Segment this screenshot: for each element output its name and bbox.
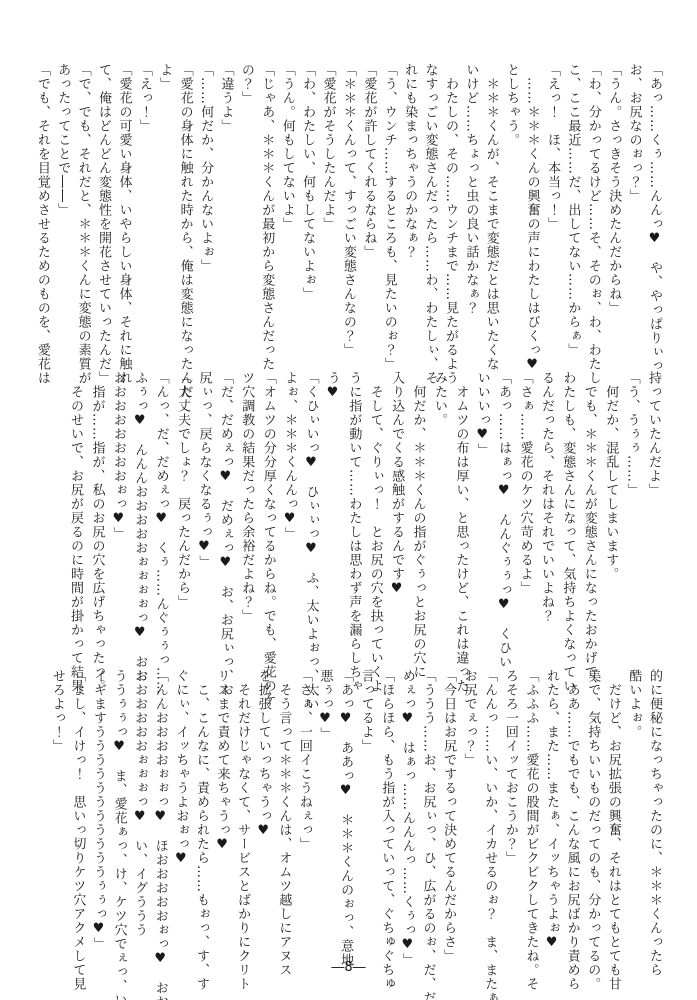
- text-column: いいいっ♥」: [471, 371, 492, 671]
- text-column: わたしも、変態さんになって、気持ちよくなってい: [557, 371, 578, 671]
- text-band-top: 「あっ……くぅ……んんっ♥ や、やっぱりぃっお、お尻なのぉっ？」「うん。さっきそ…: [31, 63, 664, 363]
- text-column: めぇっ♥ はぁっ……んんんっ……くぅっ♥」: [396, 669, 417, 969]
- text-column: ふぅっ♥ んんんおおおおおぉぉぉぉっ♥ おお: [129, 371, 150, 671]
- text-column: 「ううう……お、お尻ぃっ、ひ、広がるのぉ、だ、だ: [417, 669, 438, 969]
- text-column: 悪ぅっ♥」: [314, 669, 335, 969]
- text-column: 「えっ！」: [133, 63, 153, 363]
- text-column: おおおおおおぉぉぉっ♥ い、イグううう: [129, 669, 150, 969]
- text-column: 「う、うぅぅ……」: [621, 371, 642, 671]
- text-column: 酷いよぉ。: [623, 669, 644, 969]
- text-column: そのせいで、お尻が戻るのに時間が掛かって結果: [65, 371, 86, 671]
- text-column: 持っていたんだよ」: [643, 371, 664, 671]
- text-column: わたしの、その……ウンチまで……見たがるよう: [440, 63, 460, 363]
- text-column: 「愛花が許してくれるならね」: [358, 63, 378, 363]
- text-column: いけど……ちょっと虫の良い話かなぁ？: [460, 63, 480, 363]
- text-column: でも、＊＊＊くんが変態さんになったおかげで、: [578, 371, 599, 671]
- text-column: そして、ぐりぃっ！ とお尻の穴を抉っていくよ: [364, 371, 385, 671]
- text-column: 何だか、＊＊＊くんの指がぐぅっとお尻の穴に: [407, 371, 428, 671]
- text-column: 「大丈夫でしょ？ 戻ったんだから」: [172, 371, 193, 671]
- text-column: 「よし、イけっ！ 思いっ切りケツ穴アクメして見: [67, 669, 88, 969]
- text-band-bottom: 的に便秘になっちゃったのに、＊＊＊くんったら酷いよぉ。 だけど、お尻拡張の興奮、…: [46, 669, 664, 969]
- text-column: ああ……でもでも、こんな風にお尻ばかり責めら: [561, 669, 582, 969]
- text-column: オムツの布は厚い、と思ったけど、これは違った: [450, 371, 471, 671]
- text-column: 何だか、混乱してしまいます。: [600, 371, 621, 671]
- text-column: よぉ、＊＊＊くんんっ♥」: [279, 371, 300, 671]
- text-column: ろそろ一回イッておこうか？」: [499, 669, 520, 969]
- text-column: こ、ここ最近……だ、出してない……からぁ」: [562, 63, 582, 363]
- text-column: の？」: [235, 63, 255, 363]
- text-column: おおおおおおおおぉっ♥」: [107, 371, 128, 671]
- text-column: 「じゃあ、＊＊＊くんが最初から変態さんだった: [256, 63, 276, 363]
- text-column: 「さぁ……愛花のケツ穴苛めるよ」: [514, 371, 535, 671]
- text-column: う♥: [322, 371, 343, 671]
- text-column: 「あっ……くぅ……んんっ♥ や、やっぱりぃっ: [644, 63, 664, 363]
- text-column: 「んんおおおおぉぉっ♥ ほおおおおおぉっ♥ おおお: [149, 669, 170, 969]
- text-column: だけど、お尻拡張の興奮、それはとてもとても甘: [602, 669, 623, 969]
- text-column: 「あっ♥ ああっ♥ ＊＊＊くんのぉっ、意地: [335, 669, 356, 969]
- text-column: ……＊＊＊くんの興奮の声にわたしはびくっ♥: [521, 63, 541, 363]
- text-column: 「くひぃいっ♥ ひぃぃっ♥ ふ、太いよぉっ、太い: [300, 371, 321, 671]
- text-column: せろよっ！」: [46, 669, 67, 969]
- text-column: 「今日はお尻でするって決めてるんだからさ」: [437, 669, 458, 969]
- text-column: 「う、ウンチ……するところも、見たいのぉ？」: [378, 63, 398, 363]
- text-column: れたら、また……またぁ、イッちゃうよぉ♥: [540, 669, 561, 969]
- text-column: 指が……指が、私のお尻の穴を広げちゃったっ。: [86, 371, 107, 671]
- text-column: 「うん。さっきそう決めたんだからね」: [603, 63, 623, 363]
- text-column: イギますうううううううううううぅぅっ♥」: [87, 669, 108, 969]
- text-column: 「＊＊＊くんって、すっごい変態さんなの？」: [338, 63, 358, 363]
- text-column: 「……何だか、分かんないよぉ」: [195, 63, 215, 363]
- text-column: それだけじゃなくて、サービスとばかりにクリト: [232, 669, 253, 969]
- text-column: お尻でぇっ？」: [458, 669, 479, 969]
- text-column: 「えっ！ ほ、本当っ！」: [542, 63, 562, 363]
- text-band-middle: 持っていたんだよ」「う、うぅぅ……」 何だか、混乱してしまいます。 でも、＊＊＊…: [65, 371, 664, 671]
- text-column: 「愛花がそうしたんだよ」: [317, 63, 337, 363]
- text-column: 「あっ……はぁっ♥ んんぐぅぅっ♥ くひい: [493, 371, 514, 671]
- text-column: 「違うよ」: [215, 63, 235, 363]
- text-column: 「オムツの分分厚くなってるからね。でも、愛花のケ: [257, 371, 278, 671]
- text-column: としちゃう。: [501, 63, 521, 363]
- page-number: ―8―: [0, 960, 697, 975]
- text-column: 言ってるよ」: [355, 669, 376, 969]
- text-column: そう言って＊＊＊くんは、オムツ越しにアヌス: [273, 669, 294, 969]
- text-column: れにも染まっちゃうのかなぁ？: [399, 63, 419, 363]
- text-column: 「でも、それを目覚めさせるためのものを、愛花は: [31, 63, 51, 363]
- text-column: ＊＊＊くんが、そこまで変態だとは思いたくな: [480, 63, 500, 363]
- text-column: 「さぁ、一回イこうねぇっ」: [293, 669, 314, 969]
- text-column: リスまで責めて来ちゃうっ♥: [211, 669, 232, 969]
- text-column: 「んんっ……い、いか、イカせるのぉ？ ま、またぁ、: [479, 669, 500, 969]
- text-column: こ、こんなに、責められたら……もぉっ、す、す: [190, 669, 211, 969]
- text-column: お、お尻なのぉっ？」: [623, 63, 643, 363]
- text-column: 「うん。何もしてないよ」: [276, 63, 296, 363]
- text-column: 的に便秘になっちゃったのに、＊＊＊くんったら: [643, 669, 664, 969]
- text-column: 「愛花の身体に触れた時から、俺は変態になったんだ: [174, 63, 194, 363]
- text-column: て、俺はどんどん変態性を開花させていったんだ」: [93, 63, 113, 363]
- text-column: ぐにぃ、イッちゃうよおぉっ♥: [170, 669, 191, 969]
- text-column: 「で、でも、それだと、＊＊＊くんに変態の素質が: [72, 63, 92, 363]
- text-column: 「んっ、だ、だめぇっ♥ くぅ……んぐぅぅっ……: [150, 371, 171, 671]
- text-column: 「ほらほら、もう指が入っていって、ぐちゅぐちゅ: [376, 669, 397, 969]
- text-column: よ」: [154, 63, 174, 363]
- text-column: 「愛花の可愛い身体、いやらしい身体、それに触れ: [113, 63, 133, 363]
- text-column: 「ふふふ……愛花の股間がビクビクしてきたね。そ: [520, 669, 541, 969]
- text-column: ううぅぅっ♥ ま、愛花ぁっ、け、ケツ穴でぇっ、い、: [108, 669, 129, 969]
- text-column: 「わ、分かってるけど……そ、そのぉ、わ、わたし: [582, 63, 602, 363]
- text-column: 美で、気持ちいいものだってのも、分かってるの。: [582, 669, 603, 969]
- scanned-page: 「あっ……くぅ……んんっ♥ や、やっぱりぃっお、お尻なのぉっ？」「うん。さっきそ…: [0, 0, 697, 1000]
- text-column: あったってことで――」: [52, 63, 72, 363]
- text-column: なすっごい変態さんだったら……わ、わたしぃ、そ: [419, 63, 439, 363]
- text-column: うに指が動いて……わたしは思わず声を漏らしちゃ: [343, 371, 364, 671]
- text-column: 入り込んでくる感触がするんです♥: [386, 371, 407, 671]
- text-column: 「だ、だめぇっ♥ だめぇっ♥ お、お尻ぃっ、お: [214, 371, 235, 671]
- text-column: 尻ぃっ、戻らなくなるぅっ♥」: [193, 371, 214, 671]
- text-column: るんだったら、それはそれでいいよね？: [536, 371, 557, 671]
- text-column: ツ穴調教の結果だったら余裕だよね？」: [236, 371, 257, 671]
- text-column: 「わ、わたしい、何もしてないよぉ」: [297, 63, 317, 363]
- text-column: を拡張していっちゃうっ♥: [252, 669, 273, 969]
- text-column: みたい。: [429, 371, 450, 671]
